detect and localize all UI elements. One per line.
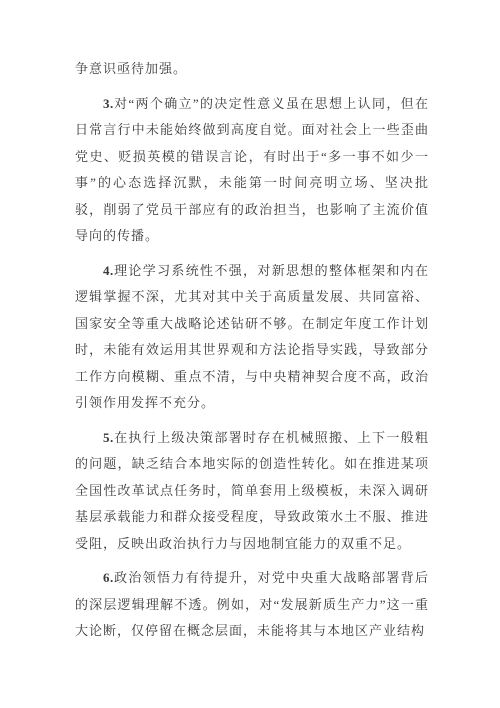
paragraph-5: 5.在执行上级决策部署时存在机械照搬、上下一般粗的问题，缺乏结合本地实际的创造性… [75, 425, 429, 558]
paragraph-6-number: 6. [103, 570, 114, 585]
paragraph-5-text: 在执行上级决策部署时存在机械照搬、上下一般粗的问题，缺乏结合本地实际的创造性转化… [75, 430, 429, 551]
document-body: 争意识亟待加强。 3.对“两个确立”的决定性意义虽在思想上认同，但在日常言行中未… [75, 56, 429, 653]
paragraph-5-number: 5. [103, 430, 114, 445]
document-page: 争意识亟待加强。 3.对“两个确立”的决定性意义虽在思想上认同，但在日常言行中未… [0, 0, 500, 708]
paragraph-6-text: 政治领悟力有待提升，对党中央重大战略部署背后的深层逻辑理解不透。例如，对“发展新… [75, 570, 429, 638]
paragraph-3: 3.对“两个确立”的决定性意义虽在思想上认同，但在日常言行中未能始终做到高度自觉… [75, 91, 429, 250]
paragraph-4-number: 4. [103, 263, 114, 278]
continuation-line: 争意识亟待加强。 [75, 56, 429, 83]
paragraph-4: 4.理论学习系统性不强，对新思想的整体框架和内在逻辑掌握不深，尤其对其中关于高质… [75, 258, 429, 417]
paragraph-3-number: 3. [103, 96, 114, 111]
paragraph-3-text: 对“两个确立”的决定性意义虽在思想上认同，但在日常言行中未能始终做到高度自觉。面… [75, 96, 429, 244]
paragraph-4-text: 理论学习系统性不强，对新思想的整体框架和内在逻辑掌握不深，尤其对其中关于高质量发… [75, 263, 429, 411]
paragraph-6: 6.政治领悟力有待提升，对党中央重大战略部署背后的深层逻辑理解不透。例如，对“发… [75, 565, 429, 645]
